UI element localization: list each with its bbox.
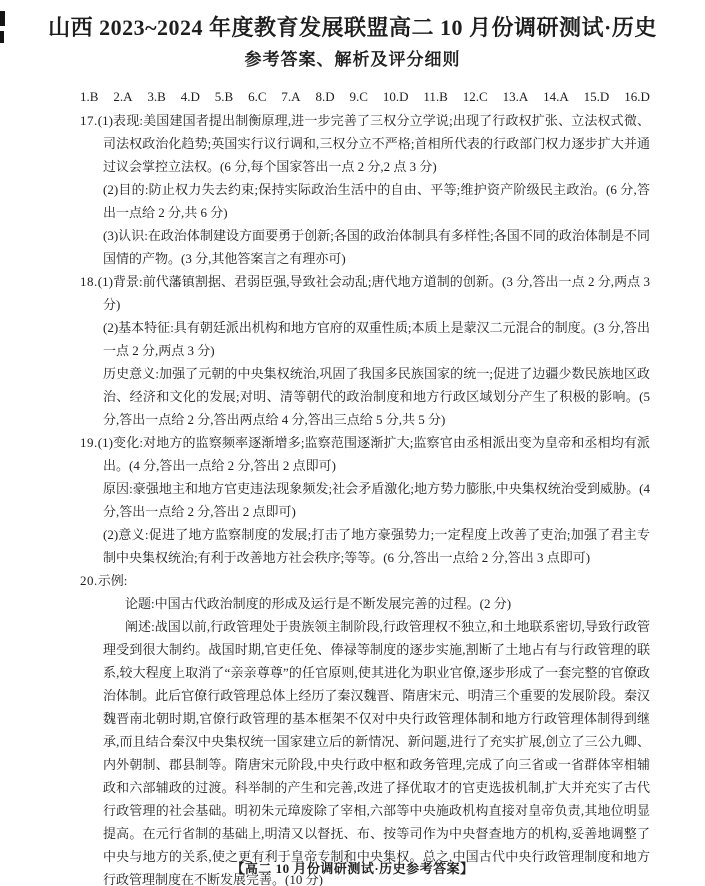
answer-paragraph: 19.(1)变化:对地方的监察频率逐渐增多;监察范围逐渐扩大;监察官由丞相派出变… (103, 431, 650, 477)
answer-paragraph: (2)目的:防止权力失去约束;保持实际政治生活中的自由、平等;维护资产阶级民主政… (103, 178, 650, 224)
question-number: 17. (80, 113, 98, 128)
answer-text: (1)背景:前代藩镇割据、君弱臣强,导致社会动乱;唐代地方道制的创新。(3 分,… (98, 274, 650, 312)
scan-artifact (0, 11, 5, 26)
answer-paragraph: 历史意义:加强了元朝的中央集权统治,巩固了我国多民族国家的统一;促进了边疆少数民… (103, 362, 650, 431)
answer-paragraph: (2)意义:促进了地方监察制度的发展;打击了地方豪强势力;一定程度上改善了吏治;… (103, 523, 650, 569)
scan-artifact (0, 31, 4, 43)
answer-key-page: 山西 2023~2024 年度教育发展联盟高二 10 月份调研测试·历史 参考答… (0, 0, 705, 886)
answer-paragraph: 18.(1)背景:前代藩镇割据、君弱臣强,导致社会动乱;唐代地方道制的创新。(3… (103, 270, 650, 316)
free-response-answers: 17.(1)表现:美国建国者提出制衡原理,进一步完善了三权分立学说;出现了行政权… (80, 109, 650, 886)
choice-answer: 4.D (181, 85, 200, 108)
question-number: 19. (80, 435, 98, 450)
page-footer: 【高二 10 月份调研测试·历史参考答案】 (0, 858, 705, 877)
choice-answer: 6.C (248, 85, 266, 108)
answer-paragraph: 原因:豪强地主和地方官吏违法现象频发;社会矛盾激化;地方势力膨胀,中央集权统治受… (103, 477, 650, 523)
choice-answer: 5.B (215, 85, 233, 108)
choice-answer: 2.A (113, 85, 132, 108)
page-title: 山西 2023~2024 年度教育发展联盟高二 10 月份调研测试·历史 (0, 13, 705, 43)
question-18: 18.(1)背景:前代藩镇割据、君弱臣强,导致社会动乱;唐代地方道制的创新。(3… (80, 270, 650, 431)
essay-topic: 论题:中国古代政治制度的形成及运行是不断发展完善的过程。(2 分) (103, 592, 650, 615)
answer-paragraph: (2)基本特征:具有朝廷派出机构和地方官府的双重性质;本质上是蒙汉二元混合的制度… (103, 316, 650, 362)
question-20: 20.示例: 论题:中国古代政治制度的形成及运行是不断发展完善的过程。(2 分)… (80, 569, 650, 886)
example-label: 示例: (98, 573, 128, 588)
answer-text: (1)表现:美国建国者提出制衡原理,进一步完善了三权分立学说;出现了行政权扩张、… (98, 113, 650, 174)
choice-answer: 8.D (315, 85, 334, 108)
question-number: 18. (80, 274, 98, 289)
choice-answer: 10.D (383, 85, 409, 108)
choice-answer: 13.A (503, 85, 529, 108)
choice-answer: 3.B (147, 85, 165, 108)
answer-paragraph: 20.示例: (103, 569, 650, 592)
choice-answer: 15.D (584, 85, 610, 108)
question-17: 17.(1)表现:美国建国者提出制衡原理,进一步完善了三权分立学说;出现了行政权… (80, 109, 650, 270)
page-subtitle: 参考答案、解析及评分细则 (0, 48, 705, 72)
question-number: 20. (80, 573, 98, 588)
essay-body: 阐述:战国以前,行政管理处于贵族领主制阶段,行政管理权不独立,和土地联系密切,导… (103, 615, 650, 886)
answer-text: (1)变化:对地方的监察频率逐渐增多;监察范围逐渐扩大;监察官由丞相派出变为皇帝… (98, 435, 650, 473)
choice-answer: 11.B (423, 85, 447, 108)
choice-answers-row: 1.B 2.A 3.B 4.D 5.B 6.C 7.A 8.D 9.C 10.D… (80, 85, 650, 108)
document-body: 1.B 2.A 3.B 4.D 5.B 6.C 7.A 8.D 9.C 10.D… (80, 85, 650, 886)
choice-answer: 7.A (281, 85, 300, 108)
answer-paragraph: 17.(1)表现:美国建国者提出制衡原理,进一步完善了三权分立学说;出现了行政权… (103, 109, 650, 178)
choice-answer: 9.C (350, 85, 368, 108)
answer-paragraph: (3)认识:在政治体制建设方面要勇于创新;各国的政治体制具有多样性;各国不同的政… (103, 224, 650, 270)
choice-answer: 14.A (543, 85, 569, 108)
question-19: 19.(1)变化:对地方的监察频率逐渐增多;监察范围逐渐扩大;监察官由丞相派出变… (80, 431, 650, 569)
choice-answer: 1.B (80, 85, 98, 108)
choice-answer: 12.C (463, 85, 488, 108)
choice-answer: 16.D (624, 85, 650, 108)
